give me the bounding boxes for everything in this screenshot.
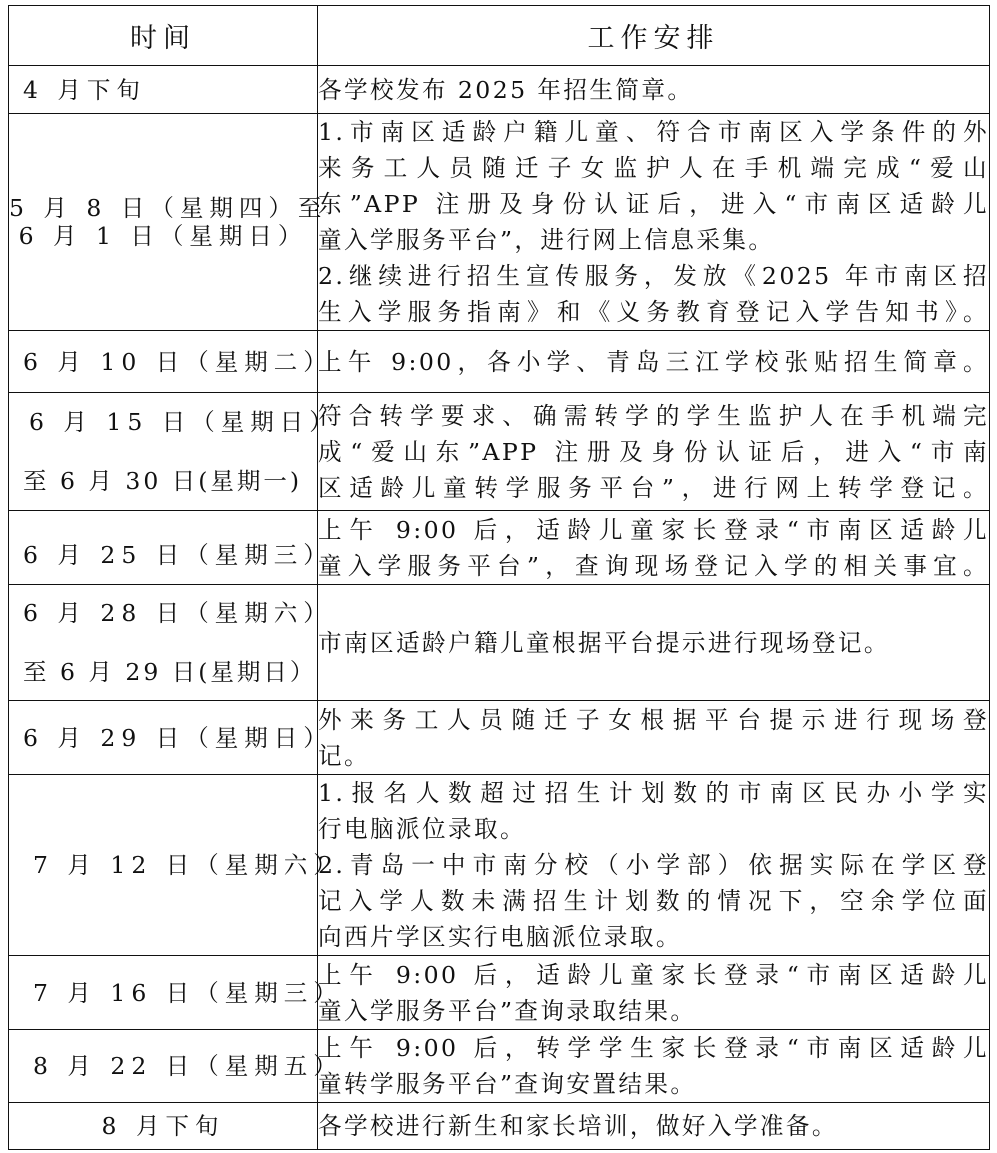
- work-text: 行电脑派位录取。: [318, 811, 989, 847]
- table-row: 6 月 25 日（星期三） 上午 9:00 后，适龄儿童家长登录“市南区适龄儿 …: [9, 511, 990, 585]
- work-text: 童入学服务平台”查询录取结果。: [318, 993, 989, 1029]
- time-cell: 8 月下旬: [9, 1103, 318, 1150]
- time-cell: 6 月 25 日（星期三）: [9, 511, 318, 585]
- work-cell: 各学校发布 2025 年招生简章。: [318, 66, 990, 114]
- header-work-arrangement: 工作安排: [318, 6, 990, 66]
- time-text: 至 6 月 30 日(星期一): [23, 467, 317, 496]
- work-text: 向西片学区实行电脑派位录取。: [318, 919, 989, 955]
- work-text: 童入学服务平台”，查询现场登记入学的相关事宜。: [318, 548, 989, 584]
- time-text: 6 月 28 日（星期六）: [23, 599, 317, 628]
- work-cell: 上午 9:00，各小学、青岛三江学校张贴招生简章。: [318, 331, 990, 393]
- table-row: 6 月 29 日（星期日） 外来务工人员随迁子女根据平台提示进行现场登 记。: [9, 701, 990, 775]
- time-text: 6 月 15 日（星期日）: [23, 408, 317, 437]
- work-text: 各学校进行新生和家长培训，做好入学准备。: [318, 1108, 989, 1144]
- time-cell: 7 月 16 日（星期三）: [9, 956, 318, 1030]
- work-cell: 外来务工人员随迁子女根据平台提示进行现场登 记。: [318, 701, 990, 775]
- time-cell: 6 月 28 日（星期六） 至 6 月 29 日(星期日）: [9, 585, 318, 701]
- work-text: 记。: [318, 738, 989, 774]
- work-text: 成“爱山东”APP 注册及身份认证后，进入“市南: [318, 434, 989, 470]
- time-text: 6 月 1 日（星期日）: [9, 222, 317, 250]
- work-cell: 1.报名人数超过招生计划数的市南区民办小学实 行电脑派位录取。 2.青岛一中市南…: [318, 775, 990, 956]
- header-time: 时间: [9, 6, 318, 66]
- table-row: 4 月下旬 各学校发布 2025 年招生简章。: [9, 66, 990, 114]
- enrollment-schedule-table: 时间 工作安排 4 月下旬 各学校发布 2025 年招生简章。 5 月 8 日（…: [8, 5, 990, 1150]
- work-text: 外来务工人员随迁子女根据平台提示进行现场登: [318, 702, 989, 738]
- time-cell: 5 月 8 日（星期四）至 6 月 1 日（星期日）: [9, 114, 318, 331]
- time-text: 7 月 16 日（星期三）: [23, 979, 317, 1007]
- work-text: 东”APP 注册及身份认证后，进入“市南区适龄儿: [318, 186, 989, 222]
- time-cell: 4 月下旬: [9, 66, 318, 114]
- time-cell: 6 月 29 日（星期日）: [9, 701, 318, 775]
- work-text: 上午 9:00 后，适龄儿童家长登录“市南区适龄儿: [318, 512, 989, 548]
- work-cell: 上午 9:00 后，转学学生家长登录“市南区适龄儿 童转学服务平台”查询安置结果…: [318, 1030, 990, 1103]
- table-row: 7 月 12 日（星期六） 1.报名人数超过招生计划数的市南区民办小学实 行电脑…: [9, 775, 990, 956]
- time-text: 至 6 月 29 日(星期日）: [23, 658, 317, 687]
- time-text: 5 月 8 日（星期四）至: [9, 194, 317, 222]
- work-text: 上午 9:00，各小学、青岛三江学校张贴招生简章。: [318, 344, 989, 380]
- work-text: 来务工人员随迁子女监护人在手机端完成“爱山: [318, 150, 989, 186]
- table-row: 8 月 22 日（星期五） 上午 9:00 后，转学学生家长登录“市南区适龄儿 …: [9, 1030, 990, 1103]
- time-cell: 6 月 15 日（星期日） 至 6 月 30 日(星期一): [9, 393, 318, 511]
- header-row: 时间 工作安排: [9, 6, 990, 66]
- work-text: 上午 9:00 后，适龄儿童家长登录“市南区适龄儿: [318, 957, 989, 993]
- work-text: 2.青岛一中市南分校（小学部）依据实际在学区登: [318, 847, 989, 883]
- time-cell: 8 月 22 日（星期五）: [9, 1030, 318, 1103]
- time-text: 6 月 25 日（星期三）: [23, 527, 317, 569]
- work-text: 区适龄儿童转学服务平台”，进行网上转学登记。: [318, 470, 989, 506]
- time-text: 6 月 10 日（星期二）: [23, 348, 317, 376]
- work-text: 1.市南区适龄户籍儿童、符合市南区入学条件的外: [318, 114, 989, 150]
- work-text: 各学校发布 2025 年招生简章。: [318, 72, 989, 108]
- work-text: 1.报名人数超过招生计划数的市南区民办小学实: [318, 775, 989, 811]
- table-row: 6 月 10 日（星期二） 上午 9:00，各小学、青岛三江学校张贴招生简章。: [9, 331, 990, 393]
- work-cell: 1.市南区适龄户籍儿童、符合市南区入学条件的外 来务工人员随迁子女监护人在手机端…: [318, 114, 990, 331]
- table-row: 6 月 15 日（星期日） 至 6 月 30 日(星期一) 符合转学要求、确需转…: [9, 393, 990, 511]
- table-row: 5 月 8 日（星期四）至 6 月 1 日（星期日） 1.市南区适龄户籍儿童、符…: [9, 114, 990, 331]
- work-text: 生入学服务指南》和《义务教育登记入学告知书》。: [318, 294, 989, 330]
- work-text: 童入学服务平台”，进行网上信息采集。: [318, 222, 989, 258]
- work-text: 上午 9:00 后，转学学生家长登录“市南区适龄儿: [318, 1030, 989, 1066]
- work-text: 2.继续进行招生宣传服务，发放《2025 年市南区招: [318, 258, 989, 294]
- work-text: 市南区适龄户籍儿童根据平台提示进行现场登记。: [318, 625, 989, 661]
- time-cell: 6 月 10 日（星期二）: [9, 331, 318, 393]
- work-cell: 上午 9:00 后，适龄儿童家长登录“市南区适龄儿 童入学服务平台”，查询现场登…: [318, 511, 990, 585]
- time-text: 7 月 12 日（星期六）: [23, 851, 317, 879]
- time-text: 8 月下旬: [9, 1112, 317, 1140]
- time-text: 6 月 29 日（星期日）: [23, 724, 317, 752]
- work-text: 记入学人数未满招生计划数的情况下，空余学位面: [318, 883, 989, 919]
- work-cell: 符合转学要求、确需转学的学生监护人在手机端完 成“爱山东”APP 注册及身份认证…: [318, 393, 990, 511]
- work-cell: 各学校进行新生和家长培训，做好入学准备。: [318, 1103, 990, 1150]
- table-row: 6 月 28 日（星期六） 至 6 月 29 日(星期日） 市南区适龄户籍儿童根…: [9, 585, 990, 701]
- time-cell: 7 月 12 日（星期六）: [9, 775, 318, 956]
- table-row: 8 月下旬 各学校进行新生和家长培训，做好入学准备。: [9, 1103, 990, 1150]
- work-cell: 市南区适龄户籍儿童根据平台提示进行现场登记。: [318, 585, 990, 701]
- time-text: 4 月下旬: [23, 76, 317, 104]
- table-row: 7 月 16 日（星期三） 上午 9:00 后，适龄儿童家长登录“市南区适龄儿 …: [9, 956, 990, 1030]
- work-cell: 上午 9:00 后，适龄儿童家长登录“市南区适龄儿 童入学服务平台”查询录取结果…: [318, 956, 990, 1030]
- time-text: 8 月 22 日（星期五）: [23, 1052, 317, 1080]
- work-text: 符合转学要求、确需转学的学生监护人在手机端完: [318, 398, 989, 434]
- work-text: 童转学服务平台”查询安置结果。: [318, 1066, 989, 1102]
